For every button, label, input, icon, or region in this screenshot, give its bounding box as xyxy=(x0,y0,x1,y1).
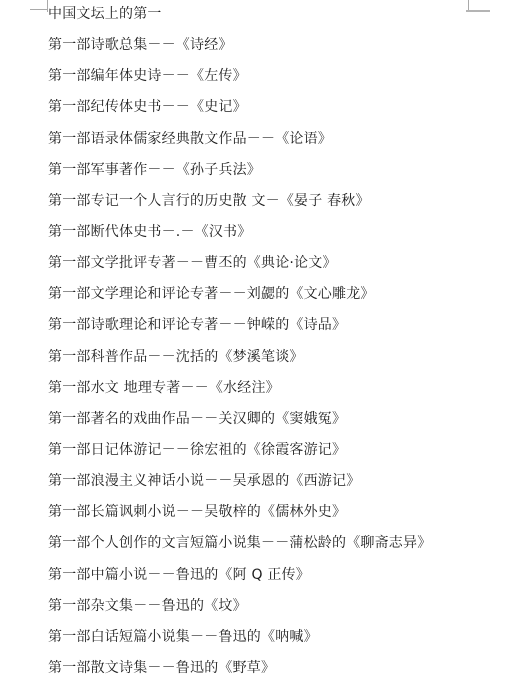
document-line: 第一部文学批评专著－－曹丕的《典论·论文》 xyxy=(48,248,511,279)
document-line: 第一部专记一个人言行的历史散 文－《晏子 春秋》 xyxy=(48,186,511,217)
document-line: 第一部编年体史诗－－《左传》 xyxy=(48,61,511,92)
document-line: 第一部断代体史书－.－《汉书》 xyxy=(48,217,511,248)
document-line: 第一部纪传体史书－－《史记》 xyxy=(48,92,511,123)
document-line: 第一部文学理论和评论专著－－刘勰的《文心雕龙》 xyxy=(48,279,511,310)
document-line: 第一部诗歌理论和评论专著－－钟嵘的《诗品》 xyxy=(48,310,511,341)
document-line: 第一部散文诗集－－鲁迅的《野草》 xyxy=(48,653,511,684)
document-text-area[interactable]: 中国文坛上的第一 第一部诗歌总集－－《诗经》 第一部编年体史诗－－《左传》 第一… xyxy=(48,0,511,684)
document-line: 第一部科普作品－－沈括的《梦溪笔谈》 xyxy=(48,342,511,373)
document-line: 第一部个人创作的文言短篇小说集－－蒲松龄的《聊斋志异》 xyxy=(48,528,511,559)
document-title: 中国文坛上的第一 xyxy=(48,0,511,30)
document-line: 第一部长篇讽刺小说－－吴敬梓的《儒林外史》 xyxy=(48,497,511,528)
document-line: 第一部浪漫主义神话小说－－吴承恩的《西游记》 xyxy=(48,466,511,497)
crop-mark-line xyxy=(30,9,48,10)
document-line: 第一部中篇小说－－鲁迅的《阿 Q 正传》 xyxy=(48,560,511,591)
document-line: 第一部语录体儒家经典散文作品－－《论语》 xyxy=(48,124,511,155)
document-page: 中国文坛上的第一 第一部诗歌总集－－《诗经》 第一部编年体史诗－－《左传》 第一… xyxy=(0,0,531,689)
document-line: 第一部白话短篇小说集－－鲁迅的《呐喊》 xyxy=(48,622,511,653)
document-line: 第一部军事著作－－《孙子兵法》 xyxy=(48,155,511,186)
document-line: 第一部诗歌总集－－《诗经》 xyxy=(48,30,511,61)
document-line: 第一部日记体游记－－徐宏祖的《徐霞客游记》 xyxy=(48,435,511,466)
document-line: 第一部杂文集－－鲁迅的《坟》 xyxy=(48,591,511,622)
document-line: 第一部水文 地理专著－－《水经注》 xyxy=(48,373,511,404)
document-line: 第一部著名的戏曲作品－－关汉卿的《窦娥冤》 xyxy=(48,404,511,435)
